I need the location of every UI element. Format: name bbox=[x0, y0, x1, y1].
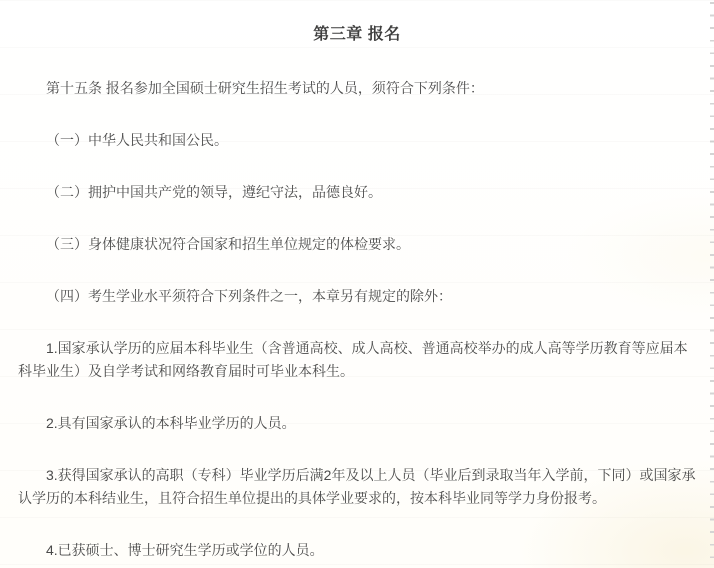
paragraph: 第十五条 报名参加全国硕士研究生招生考试的人员，须符合下列条件： bbox=[18, 77, 696, 100]
paragraph: （一）中华人民共和国公民。 bbox=[18, 129, 696, 152]
paragraph: 1.国家承认学历的应届本科毕业生（含普通高校、成人高校、普通高校举办的成人高等学… bbox=[18, 337, 696, 383]
paragraph: （二）拥护中国共产党的领导，遵纪守法，品德良好。 bbox=[18, 181, 696, 204]
paragraph: 3.获得国家承认的高职（专科）毕业学历后满2年及以上人员（毕业后到录取当年入学前… bbox=[18, 464, 696, 510]
paragraph: （四）考生学业水平须符合下列条件之一，本章另有规定的除外： bbox=[18, 285, 696, 308]
paragraph: （三）身体健康状况符合国家和招生单位规定的体检要求。 bbox=[18, 233, 696, 256]
paragraph: 2.具有国家承认的本科毕业学历的人员。 bbox=[18, 412, 696, 435]
chapter-title: 第三章 报名 bbox=[18, 22, 696, 48]
document-body: 第十五条 报名参加全国硕士研究生招生考试的人员，须符合下列条件：（一）中华人民共… bbox=[18, 77, 696, 562]
paragraph: 4.已获硕士、博士研究生学历或学位的人员。 bbox=[18, 539, 696, 562]
page-edge-dashed-line bbox=[710, 2, 714, 568]
document-page: 第三章 报名 第十五条 报名参加全国硕士研究生招生考试的人员，须符合下列条件：（… bbox=[0, 0, 714, 568]
